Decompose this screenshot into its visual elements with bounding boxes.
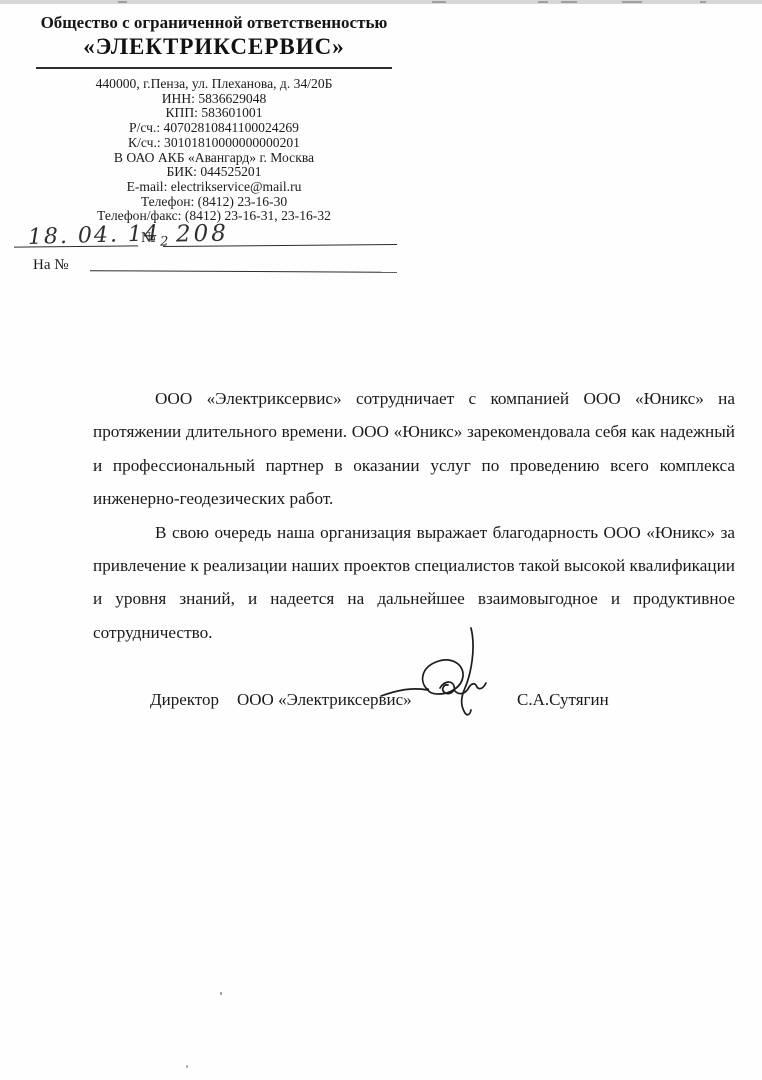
letterhead-contacts: 440000, г.Пенза, ул. Плеханова, д. 34/20…: [36, 77, 392, 224]
number-sign: №: [141, 230, 155, 247]
contact-line-bik: БИК: 044525201: [36, 165, 392, 180]
contact-line-inn: ИНН: 5836629048: [36, 92, 392, 107]
contact-line-settlement-account: Р/сч.: 40702810841100024269: [36, 121, 392, 136]
signatory-title: ДиректорООО «Электриксервис»: [150, 690, 412, 710]
reply-to-number-label: На №: [33, 257, 69, 274]
contact-line-email: E-mail: electrikservice@mail.ru: [36, 180, 392, 195]
contact-line-kpp: КПП: 583601001: [36, 106, 392, 121]
scanned-letter-page: Общество с ограниченной ответственностью…: [0, 0, 762, 1080]
organization-name: «ЭЛЕКТРИКСЕРВИС»: [36, 34, 392, 60]
body-paragraph: ООО «Электриксервис» сотрудничает с комп…: [93, 382, 735, 516]
contact-line-bank: В ОАО АКБ «Авангард» г. Москва: [36, 151, 392, 166]
letterhead-divider: [36, 67, 392, 69]
scan-speck: [220, 992, 222, 995]
scan-speck: [186, 1065, 188, 1068]
letterhead: Общество с ограниченной ответственностью…: [36, 13, 392, 224]
contact-line-phone: Телефон: (8412) 23-16-30: [36, 195, 392, 210]
handwritten-outgoing-number: 208: [176, 220, 229, 247]
scan-edge-artifact: [0, 0, 762, 4]
handwritten-signature-icon: [378, 626, 506, 724]
handwritten-date-sub: 2: [160, 234, 169, 249]
reply-to-number-underline: [90, 270, 397, 273]
signatory-name: С.А.Сутягин: [517, 690, 609, 710]
director-label: Директор: [150, 690, 219, 709]
organization-type: Общество с ограниченной ответственностью: [36, 13, 392, 33]
contact-line-corr-account: К/сч.: 30101810000000000201: [36, 136, 392, 151]
letter-body: ООО «Электриксервис» сотрудничает с комп…: [93, 382, 735, 649]
contact-line-address: 440000, г.Пенза, ул. Плеханова, д. 34/20…: [36, 77, 392, 92]
